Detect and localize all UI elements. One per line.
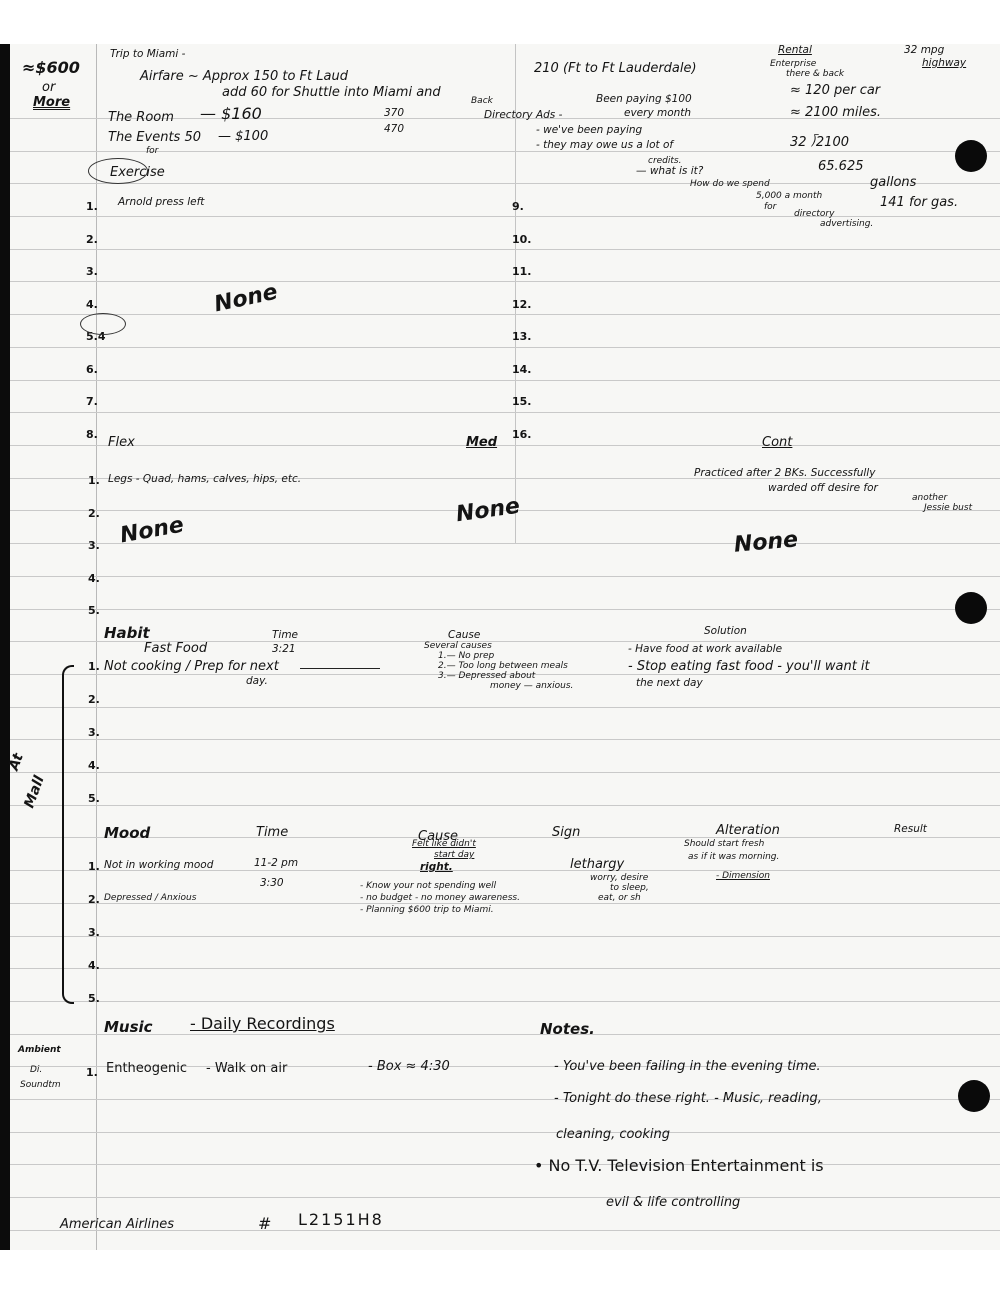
directory-ads-line7: How do we spend xyxy=(690,180,770,189)
footer-airline: American Airlines xyxy=(60,1218,174,1231)
cont-line-4: Jessie bust xyxy=(924,504,972,513)
flex-row-number: 4. xyxy=(88,572,100,585)
ruled-line xyxy=(10,445,1000,446)
exercise-right-row-number: 13. xyxy=(512,330,532,343)
ruled-line xyxy=(10,412,1000,413)
mood-row1-cause-b: start day xyxy=(434,851,474,860)
mood-row1-time: 11-2 pm xyxy=(254,858,298,869)
exercise-right-row-number: 9. xyxy=(512,200,524,213)
trip-events: The Events 50 xyxy=(108,131,201,144)
mood-time-header: Time xyxy=(256,826,288,839)
music-row-track: - Walk on air xyxy=(206,1062,287,1075)
habit-item-label: Fast Food xyxy=(144,642,207,655)
trip-room-cost: — $160 xyxy=(200,106,262,122)
mood-row2-cause-a: - Know your not spending well xyxy=(360,882,496,891)
directory-ads-line1: Been paying $100 xyxy=(596,94,692,105)
cont-line-1: Practiced after 2 BKs. Successfully xyxy=(694,468,875,479)
music-side-ambient: Ambient xyxy=(18,1046,61,1055)
mood-row1-text: Not in working mood xyxy=(104,860,213,871)
flex-row-number: 1. xyxy=(88,474,100,487)
habit-cause-3b: money — anxious. xyxy=(490,682,573,691)
binding-edge xyxy=(0,44,10,1250)
music-side-di: Di. xyxy=(30,1066,42,1075)
rental-gas-cost: 141 for gas. xyxy=(880,196,958,209)
music-row-number: 1. xyxy=(86,1066,98,1079)
directory-ads-line6: — what is it? xyxy=(636,166,703,177)
exercise-right-row-number: 14. xyxy=(512,363,532,376)
flex-row-number: 5. xyxy=(88,604,100,617)
mood-row1-alt-c: - Dimension xyxy=(716,872,770,881)
habit-cause-3: 3.— Depressed about xyxy=(438,672,535,681)
rental-there-back: there & back xyxy=(786,70,844,79)
budget-note: ≈$600 xyxy=(22,60,80,76)
trip-events-cost: — $100 xyxy=(218,130,268,143)
directory-ads-line4: - they may owe us a lot of xyxy=(536,140,673,151)
trip-events-for: for xyxy=(146,147,158,156)
exercise-title: Exercise xyxy=(110,166,165,179)
music-title: Music xyxy=(104,1020,153,1035)
ruled-line xyxy=(10,772,1000,773)
mood-row-number: 1. xyxy=(88,860,100,873)
cont-line-2: warded off desire for xyxy=(768,483,878,494)
ruled-line xyxy=(10,805,1000,806)
habit-row-number: 3. xyxy=(88,726,100,739)
mood-row1-alt-a: Should start fresh xyxy=(684,840,764,849)
habit-item-time: 3:21 xyxy=(272,644,296,655)
punch-hole-top xyxy=(955,140,987,172)
ruled-line xyxy=(10,1034,1000,1035)
exercise-row-number: 8. xyxy=(86,428,98,441)
music-row-time: - Box ≈ 4:30 xyxy=(368,1060,450,1073)
mood-row1-cause-a: Felt like didn't xyxy=(412,840,476,849)
mood-row-number: 4. xyxy=(88,959,100,972)
habit-cause-2: 2.— Too long between meals xyxy=(438,662,568,671)
budget-more: More xyxy=(33,96,70,109)
music-side-soundtm: Soundtm xyxy=(20,1081,61,1090)
habit-row-number: 4. xyxy=(88,759,100,772)
flex-row-1: Legs - Quad, hams, calves, hips, etc. xyxy=(108,474,301,485)
side-bracket xyxy=(62,665,74,1004)
rental-division: 32 ⟌2100 xyxy=(790,136,849,149)
trip-shuttle-back: Back xyxy=(471,97,493,106)
ruled-line xyxy=(10,183,1000,184)
ruled-line xyxy=(10,314,1000,315)
cont-none: None xyxy=(733,529,799,557)
ruled-line xyxy=(10,281,1000,282)
rental-highway: highway xyxy=(922,58,966,69)
trip-events-running: 470 xyxy=(384,124,404,135)
ruled-line xyxy=(10,968,1000,969)
ruled-line xyxy=(10,1001,1000,1002)
ruled-line xyxy=(10,837,1000,838)
circled-number xyxy=(80,313,126,335)
rental-miles: ≈ 2100 miles. xyxy=(790,106,881,119)
punch-hole-middle xyxy=(955,592,987,624)
mood-row-number: 3. xyxy=(88,926,100,939)
ruled-line xyxy=(10,903,1000,904)
ruled-line xyxy=(10,347,1000,348)
mood-alteration-header: Alteration xyxy=(716,824,780,837)
habit-solution-3: the next day xyxy=(636,678,703,689)
ruled-line xyxy=(10,707,1000,708)
flex-title: Flex xyxy=(108,436,135,449)
notes-line-4: • No T.V. Television Entertainment is xyxy=(534,1158,824,1174)
exercise-right-row-number: 12. xyxy=(512,298,532,311)
habit-cause-header: Cause xyxy=(448,630,480,641)
trip-room-running: 370 xyxy=(384,108,404,119)
cont-title: Cont xyxy=(762,436,792,449)
habit-title: Habit xyxy=(104,626,150,641)
ruled-line xyxy=(10,216,1000,217)
mood-title: Mood xyxy=(104,826,150,841)
habit-solution-1: - Have food at work available xyxy=(628,644,782,655)
exercise-right-row-number: 10. xyxy=(512,233,532,246)
habit-dash xyxy=(300,668,380,669)
mood-row2-cause-c: - Planning $600 trip to Miami. xyxy=(360,906,494,915)
habit-item-text: Not cooking / Prep for next xyxy=(104,660,279,673)
directory-ads-line11: advertising. xyxy=(820,220,873,229)
mood-row-number: 5. xyxy=(88,992,100,1005)
mood-row2-sign-b: to sleep, xyxy=(610,884,649,893)
mood-row2-text: Depressed / Anxious xyxy=(104,894,196,903)
budget-or: or xyxy=(42,81,55,94)
music-row-artist: Entheogenic xyxy=(106,1062,187,1075)
habit-time-header: Time xyxy=(272,630,298,641)
exercise-right-row-number: 11. xyxy=(512,265,532,278)
habit-solution-header: Solution xyxy=(704,626,747,637)
habit-row-number: 5. xyxy=(88,792,100,805)
mood-row1-sign: lethargy xyxy=(570,858,624,871)
exercise-row-number: 6. xyxy=(86,363,98,376)
mood-row2-time: 3:30 xyxy=(260,878,284,889)
trip-title: Trip to Miami - xyxy=(110,49,185,60)
rental-mpg: 32 mpg xyxy=(904,45,944,56)
ruled-line xyxy=(10,1197,1000,1198)
ruled-line xyxy=(10,249,1000,250)
habit-row-number: 1. xyxy=(88,660,100,673)
ruled-line xyxy=(10,936,1000,937)
cont-line-3: another xyxy=(912,494,947,503)
mood-row-number: 2. xyxy=(88,893,100,906)
exercise-row-number: 1. xyxy=(86,200,98,213)
flex-row-number: 2. xyxy=(88,507,100,520)
trip-airfare-total: 210 (Ft to Ft Lauderdale) xyxy=(534,62,697,75)
footer-hash: # xyxy=(258,1216,271,1232)
notes-line-1: - You've been failing in the evening tim… xyxy=(554,1060,821,1073)
notes-line-5: evil & life controlling xyxy=(606,1196,740,1209)
footer-confirmation: L2151H8 xyxy=(298,1212,384,1228)
med-title: Med xyxy=(466,436,497,449)
mood-row1-cause-c: right. xyxy=(420,862,453,873)
ruled-line xyxy=(10,739,1000,740)
directory-ads-line3: - we've been paying xyxy=(536,125,642,136)
exercise-right-row-number: 16. xyxy=(512,428,532,441)
exercise-row-number: 4. xyxy=(86,298,98,311)
rental-title: Rental xyxy=(778,45,812,56)
flex-row-number: 3. xyxy=(88,539,100,552)
exercise-row-number: 3. xyxy=(86,265,98,278)
ruled-line xyxy=(10,543,1000,544)
mood-row1-alt-b: as if it was morning. xyxy=(688,853,779,862)
directory-ads-line8: 5,000 a month xyxy=(756,192,822,201)
music-subtitle: - Daily Recordings xyxy=(190,1016,335,1032)
trip-room: The Room xyxy=(108,111,174,124)
exercise-row-1: Arnold press left xyxy=(118,197,204,208)
rental-enterprise: Enterprise xyxy=(770,60,816,69)
notes-line-3: cleaning, cooking xyxy=(556,1128,670,1141)
rental-per-car: ≈ 120 per car xyxy=(790,84,880,97)
trip-shuttle: add 60 for Shuttle into Miami and xyxy=(222,86,441,99)
directory-ads-line2: every month xyxy=(624,108,691,119)
mood-row2-cause-b: - no budget - no money awareness. xyxy=(360,894,520,903)
ruled-line xyxy=(10,1099,1000,1100)
mood-sign-header: Sign xyxy=(552,826,580,839)
ruled-line xyxy=(10,380,1000,381)
punch-hole-bottom xyxy=(958,1080,990,1112)
notes-line-2: - Tonight do these right. - Music, readi… xyxy=(554,1092,822,1105)
ruled-line xyxy=(10,609,1000,610)
exercise-row-number: 7. xyxy=(86,395,98,408)
habit-cause-1: 1.— No prep xyxy=(438,652,494,661)
directory-ads-label: Directory Ads - xyxy=(484,110,562,121)
trip-airfare: Airfare ~ Approx 150 to Ft Laud xyxy=(140,70,348,83)
habit-item-text2: day. xyxy=(246,676,268,687)
rental-gallons-label: gallons xyxy=(870,176,916,189)
ruled-line xyxy=(10,576,1000,577)
exercise-right-row-number: 15. xyxy=(512,395,532,408)
habit-row-number: 2. xyxy=(88,693,100,706)
directory-ads-line9: for xyxy=(764,203,776,212)
mood-result-header: Result xyxy=(894,824,927,835)
mood-row2-sign-c: eat, or sh xyxy=(598,894,641,903)
ruled-line xyxy=(10,1164,1000,1165)
ruled-line xyxy=(10,1132,1000,1133)
habit-solution-2: - Stop eating fast food - you'll want it xyxy=(628,660,870,673)
rental-gallons-value: 65.625 xyxy=(818,160,864,173)
exercise-row-number: 2. xyxy=(86,233,98,246)
ruled-line xyxy=(10,151,1000,152)
habit-causes-intro: Several causes xyxy=(424,642,492,651)
directory-ads-line10: directory xyxy=(794,210,834,219)
notes-title: Notes. xyxy=(540,1022,595,1037)
mood-row2-sign-a: worry, desire xyxy=(590,874,648,883)
